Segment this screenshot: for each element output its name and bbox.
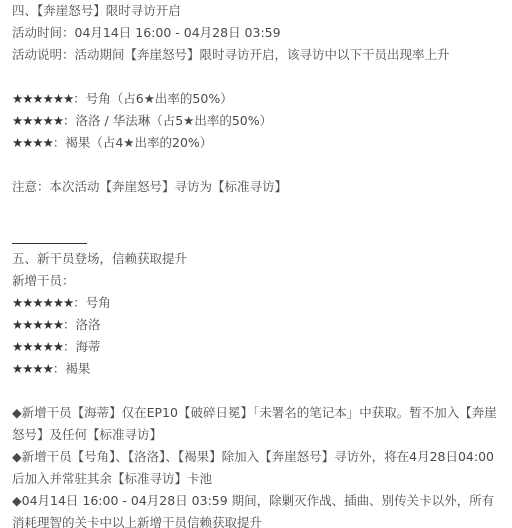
operator-row: ★★★★★：洛洛: [12, 314, 512, 336]
event-description: 活动说明：活动期间【奔崖怒号】限时寻访开启，该寻访中以下干员出现率上升: [12, 44, 512, 66]
rate-up-text: ：洛洛 / 华法琳（占5★出率的50%）: [63, 113, 272, 128]
operator-name: ：褐果: [53, 361, 91, 376]
new-operators-label: 新增干员：: [12, 270, 512, 292]
rate-up-text: ：褐果（占4★出率的20%）: [53, 135, 212, 150]
rate-up-row: ★★★★：褐果（占4★出率的20%）: [12, 132, 512, 154]
star-rating-icon: ★★★★: [12, 361, 53, 376]
section4-title: 四、【奔崖怒号】限时寻访开启: [12, 0, 512, 22]
bullet-item: ◆04月14日 16:00 - 04月28日 03:59 期间，除剿灭作战、插曲…: [12, 490, 504, 528]
event-time: 活动时间：04月14日 16:00 - 04月28日 03:59: [12, 22, 512, 44]
announcement-document: 四、【奔崖怒号】限时寻访开启 活动时间：04月14日 16:00 - 04月28…: [0, 0, 512, 528]
rate-up-text: ：号角（占6★出率的50%）: [73, 91, 232, 106]
rate-up-row: ★★★★★★：号角（占6★出率的50%）: [12, 88, 512, 110]
operator-name: ：号角: [73, 295, 111, 310]
operator-row: ★★★★：褐果: [12, 358, 512, 380]
star-rating-icon: ★★★★★: [12, 339, 63, 354]
star-rating-icon: ★★★★★: [12, 113, 63, 128]
operator-name: ：海蒂: [63, 339, 101, 354]
operator-row: ★★★★★：海蒂: [12, 336, 512, 358]
operator-row: ★★★★★★：号角: [12, 292, 512, 314]
star-rating-icon: ★★★★★★: [12, 91, 73, 106]
operator-name: ：洛洛: [63, 317, 101, 332]
rate-up-row: ★★★★★：洛洛 / 华法琳（占5★出率的50%）: [12, 110, 512, 132]
event-note: 注意：本次活动【奔崖怒号】寻访为【标准寻访】: [12, 176, 512, 198]
star-rating-icon: ★★★★★★: [12, 295, 73, 310]
spacer: [12, 66, 512, 88]
spacer: [12, 380, 512, 402]
spacer: [12, 220, 512, 236]
bullet-item: ◆新增干员【号角】、【洛洛】、【褐果】除加入【奔崖怒号】寻访外，将在4月28日0…: [12, 446, 504, 490]
bullet-item: ◆新增干员【海蒂】仅在EP10【破碎日冕】「未署名的笔记本」中获取。暂不加入【奔…: [12, 402, 504, 446]
spacer: [12, 154, 512, 176]
star-rating-icon: ★★★★★: [12, 317, 63, 332]
spacer: [12, 198, 512, 220]
star-rating-icon: ★★★★: [12, 135, 53, 150]
section5-title: 五、新干员登场，信赖获取提升: [12, 248, 512, 270]
